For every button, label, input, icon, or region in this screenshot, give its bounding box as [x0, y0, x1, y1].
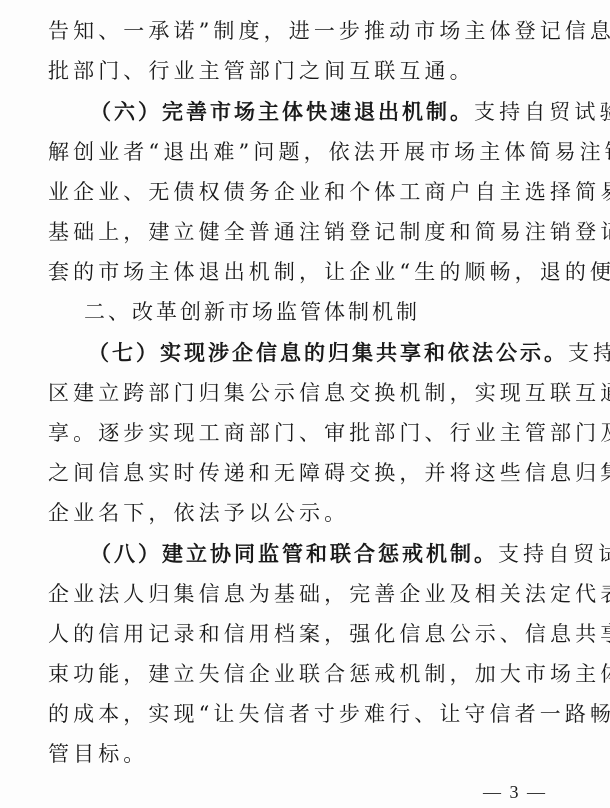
paragraph-line: 企业法人归集信息为基础，完善企业及相关法定代表人、负责	[48, 580, 558, 608]
page-number: — 3 —	[470, 780, 560, 804]
section-6-heading: （六）完善市场主体快速退出机制。	[90, 100, 474, 124]
section-6-line: （六）完善市场主体快速退出机制。支持自贸试验区围绕破	[90, 98, 558, 126]
paragraph-line: 基础上，建立健全普通注销登记制度和简易注销登记制度相互配	[48, 218, 558, 246]
paragraph-line: 业企业、无债权债务企业和个体工商户自主选择简易注销登记的	[48, 178, 558, 206]
paragraph-line: 享。逐步实现工商部门、审批部门、行业主管部门及其他部门	[48, 419, 558, 447]
section-7-text: 支持自贸试验	[568, 341, 610, 365]
section-7-heading: （七）实现涉企信息的归集共享和依法公示。	[88, 341, 568, 365]
paragraph-line: 区建立跨部门归集公示信息交换机制，实现互联互通、开放共	[48, 379, 558, 407]
section-8-heading: （八）建立协同监管和联合惩戒机制。	[90, 542, 498, 566]
paragraph-line: 人的信用记录和信用档案，强化信息公示、信息共享、信用约	[48, 620, 558, 648]
paragraph-line: 管目标。	[48, 740, 558, 768]
document-page: 告知、一承诺”制度，进一步推动市场主体登记信息在工商与审 批部门、行业主管部门之…	[0, 0, 610, 808]
paragraph-line: 束功能，建立失信企业联合惩戒机制，加大市场主体失信行为	[48, 660, 558, 688]
paragraph-line: 套的市场主体退出机制，让企业“生的顺畅，退的便利”。	[48, 258, 558, 286]
chapter-2-heading: 二、改革创新市场监管体制机制	[84, 298, 546, 326]
section-8-text: 支持自贸试验区以	[498, 542, 610, 566]
paragraph-line: 的成本，实现“让失信者寸步难行、让守信者一路畅通”的严	[48, 700, 558, 728]
paragraph-line: 批部门、行业主管部门之间互联互通。	[48, 57, 558, 85]
section-8-line: （八）建立协同监管和联合惩戒机制。支持自贸试验区以	[90, 540, 558, 568]
paragraph-line: 告知、一承诺”制度，进一步推动市场主体登记信息在工商与审	[48, 17, 558, 45]
section-7-line: （七）实现涉企信息的归集共享和依法公示。支持自贸试验	[88, 339, 558, 367]
paragraph-line: 解创业者“退出难”问题，依法开展市场主体简易注销，在未开	[48, 138, 558, 166]
paragraph-line: 之间信息实时传递和无障碍交换，并将这些信息归集到相应的	[48, 459, 558, 487]
paragraph-line: 企业名下，依法予以公示。	[48, 499, 558, 527]
section-6-text: 支持自贸试验区围绕破	[474, 100, 610, 124]
